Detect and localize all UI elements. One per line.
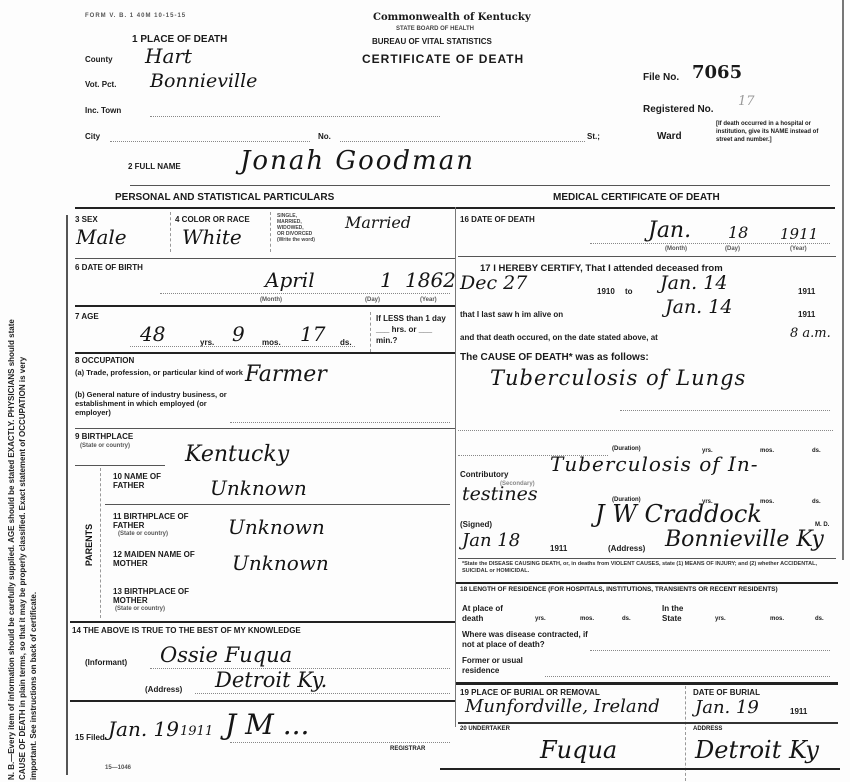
personal-section-title: PERSONAL AND STATISTICAL PARTICULARS (115, 192, 334, 203)
county-label: County (85, 55, 113, 64)
st-label: St.; (587, 132, 600, 141)
no-label: No. (318, 132, 331, 141)
signed-year: 1911 (550, 544, 567, 553)
less-than-day: If LESS than 1 day ___ hrs. or ___ min.? (376, 313, 448, 346)
death-month: Jan. (648, 218, 691, 243)
board-name: STATE BOARD OF HEALTH (396, 26, 474, 32)
dob-sub-day: (Day) (365, 297, 380, 303)
ward-note: [If death occurred in a hospital or inst… (716, 120, 828, 144)
former-residence-label: Former or usual residence (462, 656, 532, 676)
contracted-label: Where was disease contracted, if not at … (462, 630, 592, 650)
contracted-line (590, 650, 830, 651)
occupation-a: (a) Trade, profession, or particular kin… (75, 368, 245, 377)
dob-month: April (265, 268, 315, 292)
physician-address-value: Bonnieville Ky (665, 527, 824, 552)
bureau-name: BUREAU OF VITAL STATISTICS (372, 37, 492, 46)
registrar-line (230, 742, 450, 743)
date-of-death-label: 16 DATE OF DEATH (460, 215, 535, 224)
sex-label: 3 SEX (75, 215, 98, 224)
footer-code: 15—1046 (105, 765, 131, 771)
death-sub-month: (Month) (665, 246, 687, 252)
occupation-b: (b) General nature of industry business,… (75, 390, 235, 417)
race-value: White (182, 225, 242, 249)
occupation-line (230, 422, 450, 423)
right-border (842, 0, 844, 560)
informant-address-label: (Address) (145, 685, 182, 694)
vot-pct-label: Vot. Pct. (85, 80, 116, 89)
signed-label: (Signed) (460, 520, 492, 529)
full-name-value: Jonah Goodman (240, 146, 475, 176)
death-date-line (590, 243, 830, 244)
death-occurred-text: and that death occured, on the date stat… (460, 333, 658, 342)
birthplace-label: 9 BIRTHPLACE (75, 432, 133, 441)
city-label: City (85, 132, 100, 141)
duration-unit: ds. (812, 499, 821, 505)
rule (75, 428, 455, 429)
dob-sub-month: (Month) (260, 297, 282, 303)
father-birthplace-sub: (State or country) (118, 531, 168, 537)
marital-status-value: Married (345, 213, 411, 232)
age-divider (370, 312, 371, 352)
burial-date-label: DATE OF BURIAL (693, 688, 760, 697)
rule (75, 258, 455, 259)
informant-address-value: Detroit Ky. (215, 668, 327, 692)
attended-to-year: 1911 (798, 287, 815, 296)
certificate-title: CERTIFICATE OF DEATH (362, 52, 524, 66)
dob-sub-year: (Year) (420, 297, 437, 303)
filed-date: Jan. 19 (108, 717, 179, 741)
father-name-value: Unknown (210, 476, 307, 500)
father-name-label: 10 NAME OF FATHER (113, 472, 183, 490)
death-year: 1911 (780, 225, 818, 243)
death-time: 8 a.m. (790, 326, 831, 341)
cause-label: The CAUSE OF DEATH* was as follows: (460, 352, 649, 363)
burial-divider (685, 686, 686, 781)
father-birthplace-value: Unknown (228, 515, 325, 539)
rule (456, 682, 838, 685)
dob-year: 1862 (405, 268, 456, 292)
former-residence-line (545, 676, 830, 677)
undertaker-label: 20 UNDERTAKER (460, 726, 510, 732)
age-days: 17 (300, 322, 325, 346)
physician-signature: J W Craddock (595, 500, 762, 528)
margin-line-1: N. B.—Every item of information should b… (6, 20, 17, 780)
to-label: to (625, 287, 633, 296)
parents-divider (100, 468, 101, 618)
rule (458, 256, 836, 257)
in-state-label: In the State (662, 604, 702, 624)
attended-from-year: 1910 (597, 287, 615, 296)
at-place-label: At place of death (462, 604, 507, 624)
contributory-value: Tuberculosis of In- (550, 452, 759, 476)
cause-footnote: *State the DISEASE CAUSING DEATH, or, in… (462, 561, 837, 575)
res-unit: ds. (622, 616, 631, 622)
left-border (66, 215, 68, 775)
undertaker-address-label: ADDRESS (693, 726, 722, 732)
birthplace-sub: (State or country) (80, 443, 130, 449)
res-unit: yrs. (535, 616, 546, 622)
filed-label: 15 Filed (75, 733, 105, 742)
attended-to: Jan. 14 (660, 272, 727, 294)
rule (440, 768, 840, 770)
occupation-label: 8 OCCUPATION (75, 356, 134, 365)
burial-year: 1911 (790, 707, 807, 716)
rule (456, 582, 838, 584)
informant-label: (Informant) (85, 658, 127, 667)
margin-line-2: CAUSE OF DEATH in plain terms, so that i… (17, 20, 28, 780)
informant-value: Ossie Fuqua (160, 643, 292, 667)
vot-pct-value: Bonnieville (150, 70, 257, 92)
medical-section-title: MEDICAL CERTIFICATE OF DEATH (553, 192, 720, 203)
dob-day: 1 (380, 268, 393, 292)
rule (75, 305, 455, 307)
mother-birthplace-label: 13 BIRTHPLACE OF MOTHER (113, 587, 203, 605)
burial-date-value: Jan. 19 (695, 697, 759, 718)
contributory-label: Contributory (460, 470, 508, 479)
marital-options: SINGLE, MARRIED, WIDOWED, OR DIVORCED (W… (277, 213, 315, 243)
ward-label: Ward (657, 131, 682, 142)
sex-race-divider (170, 212, 171, 252)
margin-line-3: important. See instructions on back of c… (28, 20, 39, 780)
death-sub-day: (Day) (725, 246, 740, 252)
cause-line-2 (458, 430, 833, 431)
commonwealth-title: Commonwealth of Kentucky (373, 12, 531, 23)
registered-no-value: 17 (738, 94, 755, 109)
county-value: Hart (145, 44, 192, 68)
residence-label: 18 LENGTH OF RESIDENCE (FOR HOSPITALS, I… (460, 586, 830, 594)
rule (70, 621, 455, 623)
marital-option: (Write the word) (277, 237, 315, 243)
file-no-value: 7065 (692, 62, 742, 83)
rule (458, 558, 836, 559)
undertaker-value: Fuqua (540, 736, 617, 764)
header-divider (130, 185, 830, 186)
death-sub-year: (Year) (790, 246, 807, 252)
city-line (110, 141, 310, 142)
mother-name-label: 12 MAIDEN NAME OF MOTHER (113, 550, 203, 568)
res-unit: mos. (580, 616, 594, 622)
last-saw-date: Jan. 14 (665, 296, 732, 318)
file-no-label: File No. (643, 72, 679, 83)
rule (75, 465, 165, 466)
age-months: 9 (232, 322, 245, 346)
age-label: 7 AGE (75, 312, 99, 321)
registrar-label: REGISTRAR (390, 746, 425, 752)
signed-date: Jan 18 (462, 530, 520, 551)
age-years: 48 (140, 322, 165, 346)
rule (70, 700, 455, 702)
race-marital-divider (270, 212, 271, 252)
cause-line (620, 410, 830, 411)
address-line (195, 693, 450, 694)
dob-line (160, 293, 450, 294)
rule (105, 504, 450, 505)
attended-from: Dec 27 (460, 272, 527, 294)
margin-instructions: N. B.—Every item of information should b… (6, 20, 39, 780)
parents-label: PARENTS (84, 524, 94, 566)
res-unit: ds. (815, 616, 824, 622)
last-saw-year: 1911 (798, 310, 815, 319)
form-number: FORM V. B. 1 40M 10-15-15 (85, 13, 186, 19)
physician-address-label: (Address) (608, 544, 645, 553)
cause-value: Tuberculosis of Lungs (490, 366, 746, 390)
duration-unit: ds. (812, 448, 821, 454)
father-birthplace-label: 11 BIRTHPLACE OF FATHER (113, 512, 198, 530)
undertaker-address-value: Detroit Ky (695, 736, 819, 764)
filed-year: 1911 (180, 724, 213, 739)
registered-no-label: Registered No. (643, 104, 714, 115)
rule (458, 722, 838, 724)
race-label: 4 COLOR OR RACE (175, 215, 250, 224)
burial-place-value: Munfordville, Ireland (465, 696, 660, 717)
res-unit: yrs. (715, 616, 726, 622)
registrar-signature: J M ... (225, 708, 309, 741)
death-day: 18 (728, 223, 748, 242)
mother-name-value: Unknown (232, 551, 329, 575)
duration-unit: mos. (760, 499, 774, 505)
res-unit: mos. (770, 616, 784, 622)
full-name-label: 2 FULL NAME (128, 162, 181, 171)
occupation-value: Farmer (245, 362, 327, 387)
contributory-cont: testines (462, 483, 538, 505)
informant-statement: 14 THE ABOVE IS TRUE TO THE BEST OF MY K… (72, 626, 301, 635)
birthplace-value: Kentucky (185, 442, 289, 467)
dob-label: 6 DATE OF BIRTH (75, 263, 143, 272)
inc-town-line (150, 116, 440, 117)
street-line (340, 141, 585, 142)
age-line (130, 346, 355, 347)
inc-town-label: Inc. Town (85, 106, 121, 115)
duration-unit: mos. (760, 448, 774, 454)
sex-value: Male (76, 225, 127, 249)
last-saw-text: that I last saw h im alive on (460, 310, 563, 319)
rule (75, 352, 455, 354)
mother-birthplace-sub: (State or country) (115, 606, 165, 612)
